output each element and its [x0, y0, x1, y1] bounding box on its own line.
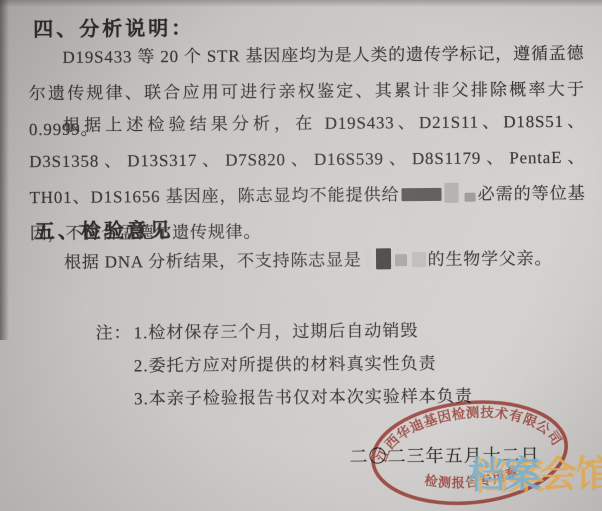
note-line-2: 2.委托方应对所提供的材料真实性负责	[96, 349, 473, 385]
section-conclusion-heading: 五、检验意见	[35, 214, 173, 244]
conclusion-sentence: 根据 DNA 分析结果，不支持陈志显是的生物学父亲。	[30, 241, 586, 281]
note-item-1: 1.检材保存三个月，过期后自动销毁	[133, 316, 418, 343]
watermark-right: 会馆	[540, 454, 602, 496]
note-item-2: 2.委托方应对所提供的材料真实性负责	[134, 349, 437, 376]
redaction-block	[365, 247, 372, 270]
section-analysis-heading: 四、分析说明：	[33, 12, 194, 42]
redaction-block	[376, 248, 391, 269]
redaction-block	[402, 188, 442, 201]
report-page: 四、分析说明： D19S433 等 20 个 STR 基因座均为是人类的遗传学标…	[0, 0, 602, 511]
notes-block: 注： 1.检材保存三个月，过期后自动销毁 2.委托方应对所提供的材料真实性负责 …	[95, 316, 473, 418]
report-photo: 四、分析说明： D19S433 等 20 个 STR 基因座均为是人类的遗传学标…	[0, 0, 602, 511]
redaction-block	[412, 252, 426, 267]
site-watermark: 档案会馆	[468, 456, 602, 494]
conclusion-sentence-tail: 的生物学父亲。	[428, 249, 553, 269]
redaction-block	[444, 183, 458, 203]
redaction-block	[395, 254, 407, 266]
notes-label: 注：	[95, 318, 133, 343]
watermark-left: 档案	[468, 454, 540, 496]
conclusion-sentence-text: 根据 DNA 分析结果，不支持陈志显是	[64, 251, 362, 272]
redaction-block	[465, 193, 476, 202]
note-line-1: 注： 1.检材保存三个月，过期后自动销毁	[95, 316, 472, 352]
